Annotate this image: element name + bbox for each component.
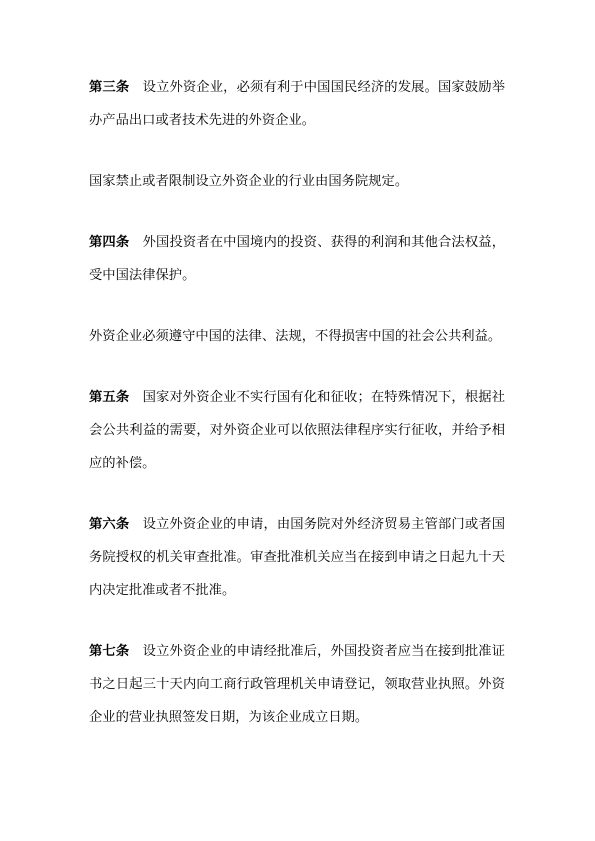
article-number: 第三条: [89, 79, 129, 94]
paragraph-text: 国家禁止或者限制设立外资企业的行业由国务院规定。: [89, 173, 408, 188]
article-paragraph: 外资企业必须遵守中国的法律、法规，不得损害中国的社会公共利益。: [89, 319, 505, 352]
article-paragraph: 第三条设立外资企业，必须有利于中国国民经济的发展。国家鼓励举办产品出口或者技术先…: [89, 70, 505, 136]
paragraph-text: 设立外资企业的申请，由国务院对外经济贸易主管部门或者国务院授权的机关审查批准。审…: [89, 516, 505, 597]
article-paragraph: 第四条外国投资者在中国境内的投资、获得的利润和其他合法权益，受中国法律保护。: [89, 225, 505, 291]
article-number: 第六条: [89, 516, 129, 531]
article-paragraph: 国家禁止或者限制设立外资企业的行业由国务院规定。: [89, 164, 505, 197]
article-number: 第七条: [89, 643, 129, 658]
article-number: 第五条: [89, 389, 129, 404]
paragraph-text: 设立外资企业的申请经批准后，外国投资者应当在接到批准证书之日起三十天内向工商行政…: [89, 643, 505, 724]
article-number: 第四条: [89, 234, 129, 249]
article-paragraph: 第六条设立外资企业的申请，由国务院对外经济贸易主管部门或者国务院授权的机关审查批…: [89, 507, 505, 606]
paragraph-text: 外资企业必须遵守中国的法律、法规，不得损害中国的社会公共利益。: [89, 328, 501, 343]
article-paragraph: 第七条设立外资企业的申请经批准后，外国投资者应当在接到批准证书之日起三十天内向工…: [89, 634, 505, 733]
document-content: 第三条设立外资企业，必须有利于中国国民经济的发展。国家鼓励举办产品出口或者技术先…: [89, 70, 505, 761]
article-paragraph: 第五条国家对外资企业不实行国有化和征收；在特殊情况下，根据社会公共利益的需要，对…: [89, 380, 505, 479]
paragraph-text: 国家对外资企业不实行国有化和征收；在特殊情况下，根据社会公共利益的需要，对外资企…: [89, 389, 505, 470]
paragraph-text: 外国投资者在中国境内的投资、获得的利润和其他合法权益，受中国法律保护。: [89, 234, 505, 282]
paragraph-text: 设立外资企业，必须有利于中国国民经济的发展。国家鼓励举办产品出口或者技术先进的外…: [89, 79, 505, 127]
document-page: 第三条设立外资企业，必须有利于中国国民经济的发展。国家鼓励举办产品出口或者技术先…: [0, 0, 595, 841]
